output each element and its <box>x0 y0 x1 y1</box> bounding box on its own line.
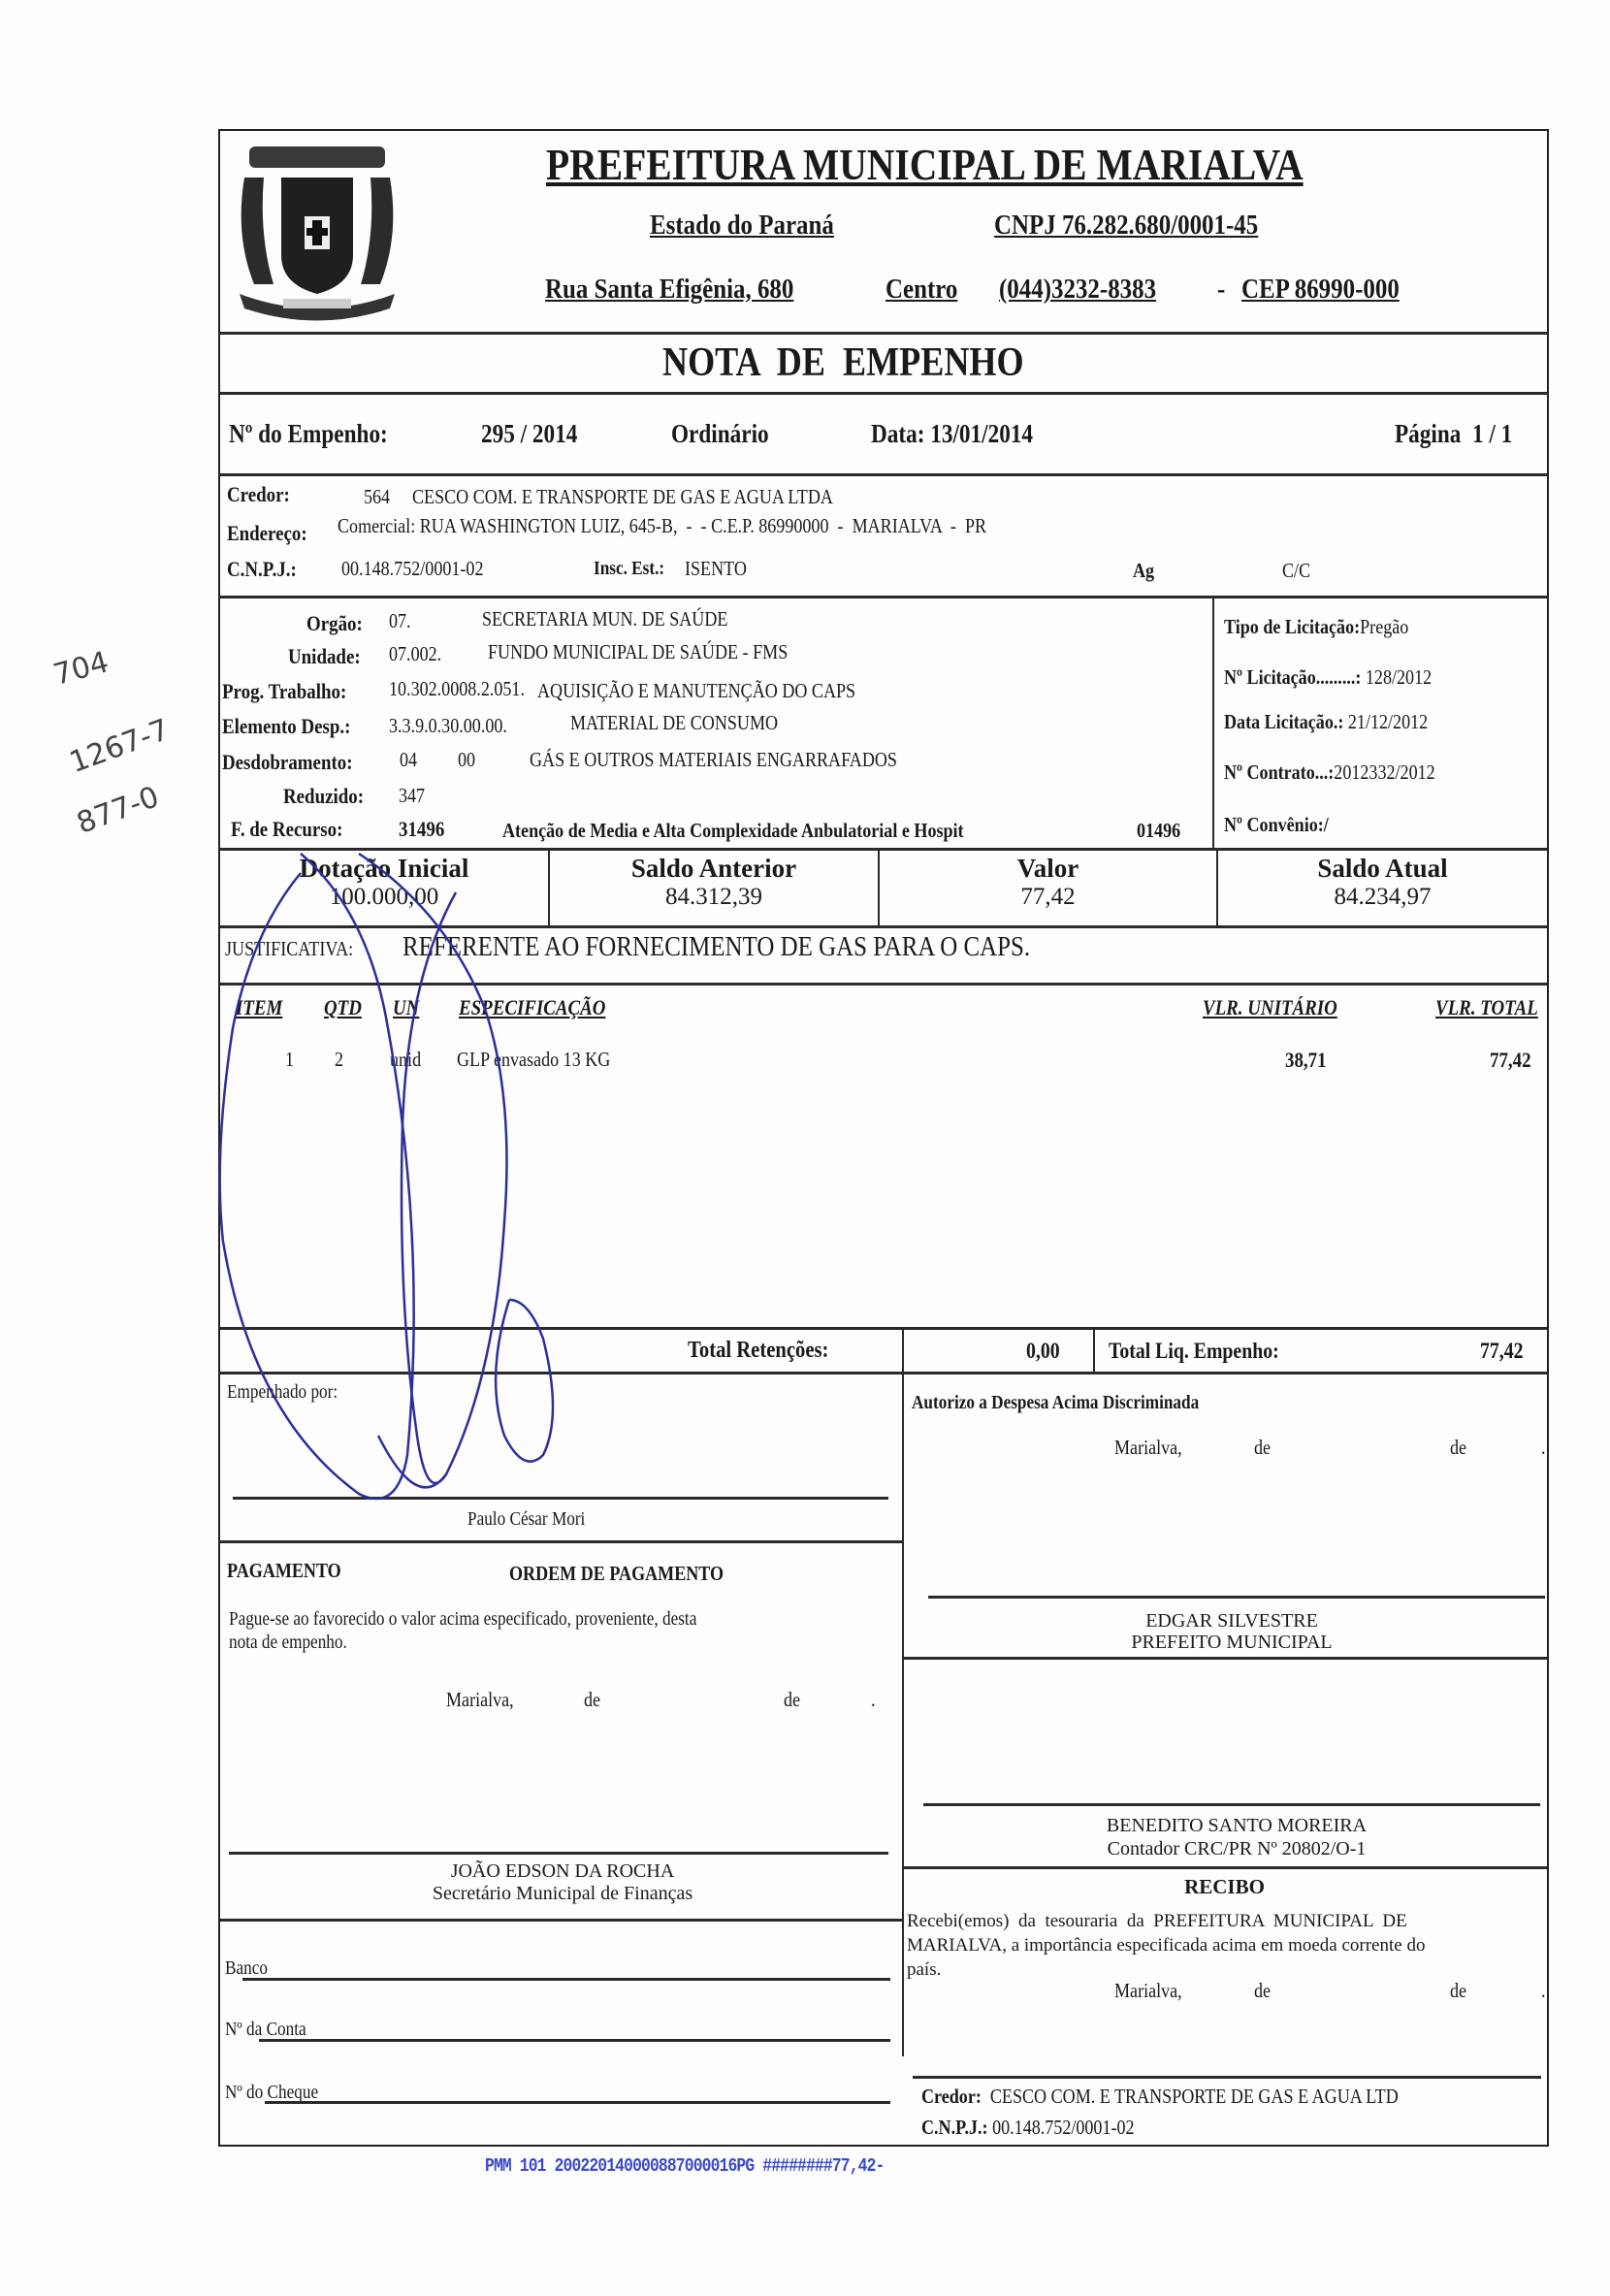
row-unit: 38,71 <box>1285 1048 1327 1073</box>
data-licitacao-value: 21/12/2012 <box>1348 710 1428 733</box>
saldo-value: 77,42 <box>880 884 1216 911</box>
endereco-value: Comercial: RUA WASHINGTON LUIZ, 645-B, -… <box>338 514 986 538</box>
desdobramento-label: Desdobramento: <box>222 750 353 775</box>
unidade-code: 07.002. <box>389 642 441 666</box>
banco-label: Banco <box>225 1957 268 1980</box>
col-header-unit: VLR. UNITÁRIO <box>1203 995 1337 1020</box>
saldo-valor: Valor 77,42 <box>880 854 1216 911</box>
desdobramento-desc: GÁS E OUTROS MATERIAIS ENGARRAFADOS <box>530 748 897 772</box>
recibo-dot: . <box>1541 1979 1546 2003</box>
reduzido-value: 347 <box>399 784 425 808</box>
recibo-text-3: país. <box>907 1959 941 1981</box>
signature-line <box>229 1852 888 1855</box>
accountant-name: BENEDITO SANTO MOREIRA <box>931 1814 1542 1837</box>
autorizo-dot: . <box>1541 1436 1546 1460</box>
document-title: NOTA DE EMPENHO <box>662 340 1024 386</box>
col-header-total: VLR. TOTAL <box>1435 995 1538 1020</box>
pagamento-label: PAGAMENTO <box>227 1559 341 1583</box>
num-licitacao: Nº Licitação.........: 128/2012 <box>1224 665 1432 690</box>
pagamento-place: Marialva, <box>446 1688 514 1712</box>
recibo-place: Marialva, <box>1114 1979 1182 2003</box>
liq-empenho-value: 77,42 <box>1480 1339 1524 1364</box>
data-licitacao-label: Data Licitação.: <box>1224 710 1343 733</box>
divider <box>1212 598 1214 850</box>
ag-label: Ag <box>1133 559 1154 583</box>
finance-secretary-role: Secretário Municipal de Finanças <box>223 1883 902 1905</box>
num-contrato-value: 2012332/2012 <box>1334 760 1434 784</box>
elemento-label: Elemento Desp.: <box>222 714 350 739</box>
conta-field[interactable] <box>259 2039 890 2042</box>
divider <box>220 332 1547 335</box>
orgao-label: Orgão: <box>306 611 363 636</box>
orgao-code: 07. <box>389 609 411 633</box>
pagamento-dot: . <box>871 1688 876 1712</box>
recibo-cnpj: C.N.P.J.: 00.148.752/0001-02 <box>921 2116 1135 2140</box>
divider <box>220 473 1547 476</box>
num-licitacao-label: Nº Licitação.........: <box>1224 665 1361 689</box>
handwritten-note-3: 877-0 <box>73 780 164 841</box>
num-licitacao-value: 128/2012 <box>1366 665 1432 689</box>
pagamento-text-2: nota de empenho. <box>229 1632 347 1654</box>
org-phone: (044)3232-8383 <box>999 274 1156 306</box>
recibo-title: RECIBO <box>902 1875 1547 1899</box>
pagamento-de2: de <box>784 1688 800 1712</box>
divider <box>902 1657 1547 1660</box>
insc-est-label: Insc. Est.: <box>594 558 664 580</box>
tipo-licitacao: Tipo de Licitação:Pregão <box>1224 615 1408 639</box>
empenho-number-label: Nº do Empenho: <box>229 419 388 449</box>
handwritten-note-1: 704 <box>49 645 112 693</box>
org-cnpj: CNPJ 76.282.680/0001-45 <box>994 210 1258 242</box>
saldo-label: Saldo Atual <box>1218 854 1547 884</box>
retencoes-label: Total Retenções: <box>688 1338 828 1364</box>
cc-label: C/C <box>1282 559 1310 583</box>
divider <box>220 1919 902 1922</box>
banco-field[interactable] <box>242 1978 890 1981</box>
divider <box>220 1540 902 1543</box>
signature-scribble <box>194 834 640 1513</box>
saldo-atual: Saldo Atual 84.234,97 <box>1218 854 1547 911</box>
prog-label: Prog. Trabalho: <box>222 679 346 704</box>
reduzido-label: Reduzido: <box>283 784 364 809</box>
logo <box>225 139 409 323</box>
cheque-field[interactable] <box>265 2101 890 2104</box>
mayor-name: EDGAR SILVESTRE <box>1028 1610 1435 1632</box>
mayor-signature-block: EDGAR SILVESTRE PREFEITO MUNICIPAL <box>1028 1610 1435 1653</box>
unidade-label: Unidade: <box>288 644 361 669</box>
credor-name: CESCO COM. E TRANSPORTE DE GAS E AGUA LT… <box>412 485 833 509</box>
elemento-code: 3.3.9.0.30.00.00. <box>389 714 507 738</box>
conta-label: Nº da Conta <box>225 2019 306 2041</box>
data-licitacao: Data Licitação.: 21/12/2012 <box>1224 710 1428 734</box>
org-address: Rua Santa Efigênia, 680 <box>545 274 793 306</box>
org-district: Centro <box>885 274 957 306</box>
org-cep: CEP 86990-000 <box>1241 274 1400 306</box>
retencoes-value: 0,00 <box>1026 1339 1060 1364</box>
pagamento-de1: de <box>584 1688 600 1712</box>
divider <box>902 1329 904 2056</box>
finance-secretary-block: JOÃO EDSON DA ROCHA Secretário Municipal… <box>223 1860 902 1905</box>
credor-cnpj-label: C.N.P.J.: <box>227 557 297 582</box>
state-label: Estado do Paraná <box>650 210 834 242</box>
autorizo-place: Marialva, <box>1114 1436 1182 1460</box>
accountant-block: BENEDITO SANTO MOREIRA Contador CRC/PR N… <box>931 1814 1542 1860</box>
signature-line <box>913 2076 1541 2079</box>
saldo-value: 84.234,97 <box>1218 884 1547 911</box>
credor-code: 564 <box>364 485 390 509</box>
ordem-pagamento-title: ORDEM DE PAGAMENTO <box>509 1562 724 1586</box>
desdobramento-code2: 00 <box>458 748 475 772</box>
machine-stamp: PMM 101 200220140000887000016PG ########… <box>485 2155 885 2177</box>
endereco-label: Endereço: <box>227 521 307 546</box>
num-convenio: Nº Convênio:/ <box>1224 813 1329 837</box>
prog-code: 10.302.0008.2.051. <box>389 677 525 701</box>
num-contrato: Nº Contrato...:2012332/2012 <box>1224 760 1435 785</box>
signature-line <box>923 1803 1540 1806</box>
empenho-date: Data: 13/01/2014 <box>871 419 1033 449</box>
page-indicator: Página 1 / 1 <box>1395 419 1512 449</box>
recurso-code2: 01496 <box>1137 819 1180 843</box>
tipo-licitacao-value: Pregão <box>1360 615 1408 638</box>
handwritten-note-2: 1267-7 <box>65 713 174 780</box>
finance-secretary-name: JOÃO EDSON DA ROCHA <box>223 1860 902 1883</box>
recibo-cnpj-label: C.N.P.J.: <box>921 2116 988 2139</box>
divider <box>220 596 1547 598</box>
desdobramento-code1: 04 <box>400 748 417 772</box>
autorizo-de2: de <box>1450 1436 1466 1460</box>
recibo-credor-value: CESCO COM. E TRANSPORTE DE GAS E AGUA LT… <box>990 2085 1399 2108</box>
divider <box>220 392 1547 395</box>
recibo-de2: de <box>1450 1979 1466 2003</box>
accountant-role: Contador CRC/PR Nº 20802/O-1 <box>931 1837 1542 1860</box>
divider <box>1093 1329 1095 1372</box>
credor-label: Credor: <box>227 482 290 507</box>
row-total: 77,42 <box>1490 1048 1531 1073</box>
autorizo-de1: de <box>1254 1436 1271 1460</box>
credor-cnpj: 00.148.752/0001-02 <box>341 557 483 581</box>
orgao-desc: SECRETARIA MUN. DE SAÚDE <box>482 607 727 631</box>
mayor-role: PREFEITO MUNICIPAL <box>1028 1632 1435 1653</box>
saldo-label: Valor <box>880 854 1216 884</box>
recibo-text-2: MARIALVA, a importância especificada aci… <box>907 1935 1425 1956</box>
prog-desc: AQUISIÇÃO E MANUTENÇÃO DO CAPS <box>537 679 855 703</box>
liq-empenho-label: Total Liq. Empenho: <box>1109 1339 1279 1364</box>
divider <box>902 1866 1547 1869</box>
recibo-credor: Credor: CESCO COM. E TRANSPORTE DE GAS E… <box>921 2085 1399 2109</box>
empenho-number: 295 / 2014 <box>481 419 577 449</box>
insc-est-value: ISENTO <box>685 557 747 581</box>
dash: - <box>1217 274 1225 306</box>
num-contrato-label: Nº Contrato...: <box>1224 760 1334 784</box>
autorizo-label: Autorizo a Despesa Acima Discriminada <box>912 1392 1199 1414</box>
pagamento-text-1: Pague-se ao favorecido o valor acima esp… <box>229 1608 696 1631</box>
elemento-desc: MATERIAL DE CONSUMO <box>570 711 778 735</box>
recibo-de1: de <box>1254 1979 1271 2003</box>
unidade-desc: FUNDO MUNICIPAL DE SAÚDE - FMS <box>488 640 788 664</box>
recibo-cnpj-value: 00.148.752/0001-02 <box>992 2116 1134 2139</box>
empenho-type: Ordinário <box>671 419 769 449</box>
recibo-text-1: Recebi(emos) da tesouraria da PREFEITURA… <box>907 1911 1407 1932</box>
tipo-licitacao-label: Tipo de Licitação: <box>1224 615 1360 638</box>
recibo-credor-label: Credor: <box>921 2085 982 2108</box>
org-title: PREFEITURA MUNICIPAL DE MARIALVA <box>546 139 1304 190</box>
signature-line <box>928 1596 1545 1599</box>
